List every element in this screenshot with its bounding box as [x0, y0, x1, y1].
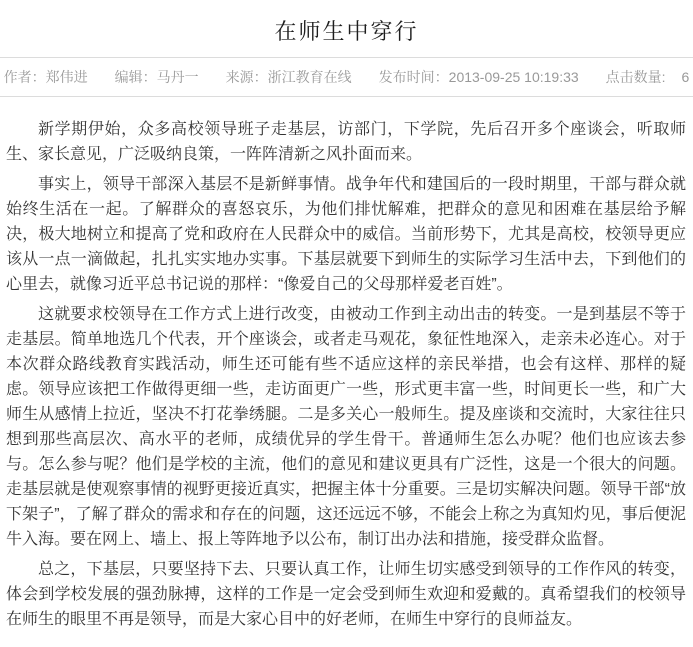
- article-paragraph: 总之，下基层，只要坚持下去、只要认真工作，让师生切实感受到领导的工作作风的转变，…: [6, 557, 686, 632]
- meta-editor-label: 编辑：: [115, 70, 157, 84]
- meta-editor-value: 马丹一: [157, 70, 199, 84]
- meta-author: 作者：郑伟进: [4, 70, 88, 84]
- meta-publish-time-value: 2013-09-25 10:19:33: [449, 70, 579, 84]
- meta-click-count-label: 点击数量:: [606, 70, 666, 84]
- meta-source-value: 浙江教育在线: [268, 70, 352, 84]
- article-body: 新学期伊始，众多高校领导班子走基层，访部门，下学院，先后召开多个座谈会，听取师生…: [0, 97, 693, 647]
- page-title: 在师生中穿行: [0, 0, 693, 57]
- article-paragraph: 新学期伊始，众多高校领导班子走基层，访部门，下学院，先后召开多个座谈会，听取师生…: [6, 117, 686, 167]
- meta-click-count-value: 6: [682, 70, 690, 84]
- meta-author-value: 郑伟进: [46, 70, 88, 84]
- meta-source: 来源：浙江教育在线: [226, 70, 352, 84]
- article-paragraph: 这就要求校领导在工作方式上进行改变，由被动工作到主动出击的转变。一是到基层不等于…: [6, 302, 686, 552]
- meta-source-label: 来源：: [226, 70, 268, 84]
- meta-publish-time: 发布时间：2013-09-25 10:19:33: [379, 70, 579, 84]
- meta-author-label: 作者：: [4, 70, 46, 84]
- meta-editor: 编辑：马丹一: [115, 70, 199, 84]
- article-page: 在师生中穿行 作者：郑伟进 编辑：马丹一 来源：浙江教育在线 发布时间：2013…: [0, 0, 693, 647]
- meta-click-count: 点击数量:6: [606, 70, 690, 84]
- article-paragraph: 事实上，领导干部深入基层不是新鲜事情。战争年代和建国后的一段时期里，干部与群众就…: [6, 172, 686, 297]
- meta-bar: 作者：郑伟进 编辑：马丹一 来源：浙江教育在线 发布时间：2013-09-25 …: [0, 57, 693, 97]
- meta-publish-time-label: 发布时间：: [379, 70, 449, 84]
